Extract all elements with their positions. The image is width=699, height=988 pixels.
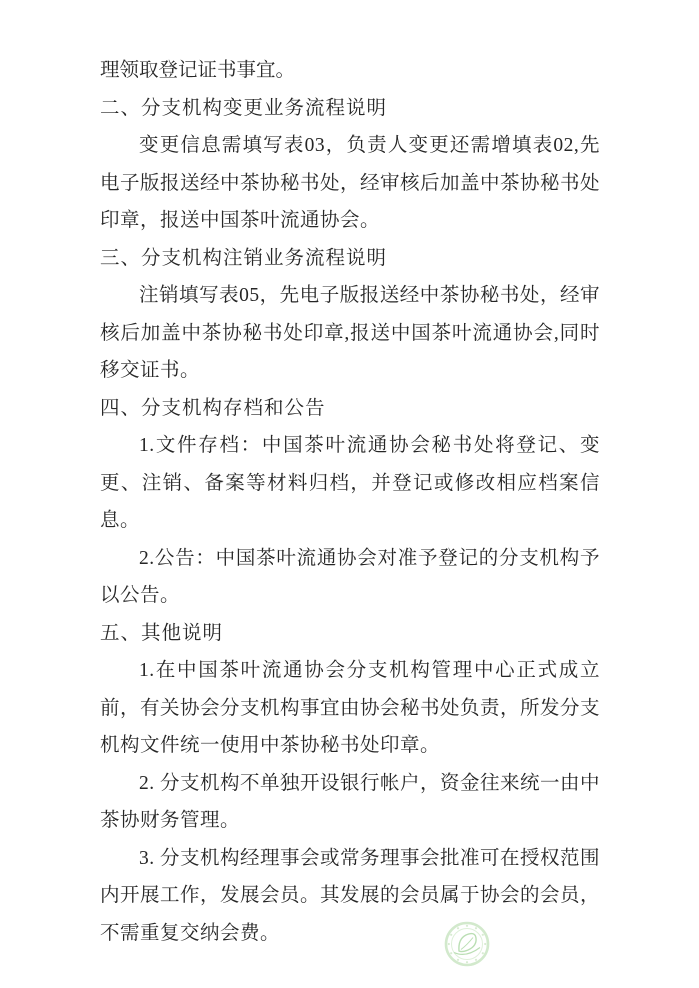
paragraph-other-note-3: 3. 分支机构经理事会或常务理事会批准可在授权范围内开展工作，发展会员。其发展的…: [100, 840, 600, 953]
section-heading-archive-announcement: 四、分支机构存档和公告: [100, 390, 600, 428]
section-heading-change-procedure: 二、分支机构变更业务流程说明: [100, 90, 600, 128]
paragraph-announcement: 2.公告：中国茶叶流通协会对准予登记的分支机构予以公告。: [100, 540, 600, 615]
paragraph-other-note-2: 2. 分支机构不单独开设银行帐户，资金往来统一由中茶协财务管理。: [100, 765, 600, 840]
paragraph-file-archive: 1.文件存档：中国茶叶流通协会秘书处将登记、变更、注销、备案等材料归档，并登记或…: [100, 427, 600, 540]
paragraph-cancellation-procedure: 注销填写表05，先电子版报送经中茶协秘书处，经审核后加盖中茶协秘书处印章,报送中…: [100, 277, 600, 390]
document-page: 理领取登记证书事宜。 二、分支机构变更业务流程说明 变更信息需填写表03，负责人…: [0, 0, 699, 988]
section-heading-other-notes: 五、其他说明: [100, 615, 600, 653]
paragraph-continuation: 理领取登记证书事宜。: [100, 52, 600, 90]
paragraph-change-procedure: 变更信息需填写表03，负责人变更还需增填表02,先电子版报送经中茶协秘书处，经审…: [100, 127, 600, 240]
section-heading-cancellation-procedure: 三、分支机构注销业务流程说明: [100, 240, 600, 278]
paragraph-other-note-1: 1.在中国茶叶流通协会分支机构管理中心正式成立前，有关协会分支机构事宜由协会秘书…: [100, 652, 600, 765]
